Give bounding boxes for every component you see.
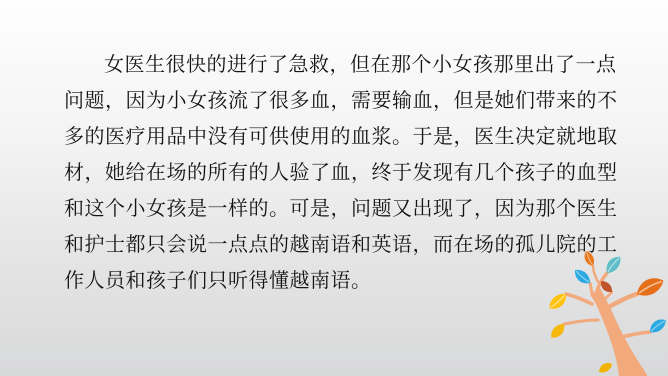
- story-paragraph: 女医生很快的进行了急救，但在那个小女孩那里出了一点 问题，因为小女孩流了很多血，…: [64, 46, 604, 298]
- text-line: 材，她给在场的所有的人验了血，终于发现有几个孩子的血型: [64, 154, 604, 190]
- leaf-orange-big: [633, 273, 666, 300]
- text-line: 作人员和孩子们只听得懂越南语。: [64, 262, 604, 298]
- text-line: 和这个小女孩是一样的。可是，问题又出现了，因为那个医生: [64, 190, 604, 226]
- tree-branch: [593, 266, 598, 282]
- text-line: 多的医疗用品中没有可供使用的血浆。于是，医生决定就地取: [64, 118, 604, 154]
- tree-branch: [618, 332, 650, 338]
- leaf-yellow-falling: [597, 360, 614, 375]
- autumn-tree-graphic: [530, 250, 668, 376]
- tree-branch: [590, 283, 593, 296]
- presentation-slide: 女医生很快的进行了急救，但在那个小女孩那里出了一点 问题，因为小女孩流了很多血，…: [0, 0, 668, 376]
- text-line: 和护士都只会说一点点的越南语和英语，而在场的孤儿院的工: [64, 226, 604, 262]
- leaf-orange-top: [582, 250, 597, 268]
- tree-branch: [564, 320, 598, 324]
- tree-branch: [607, 294, 637, 308]
- text-line: 问题，因为小女孩流了很多血，需要输血，但是她们带来的不: [64, 82, 604, 118]
- text-line: 女医生很快的进行了急救，但在那个小女孩那里出了一点: [64, 46, 604, 82]
- tree-branch: [566, 294, 592, 304]
